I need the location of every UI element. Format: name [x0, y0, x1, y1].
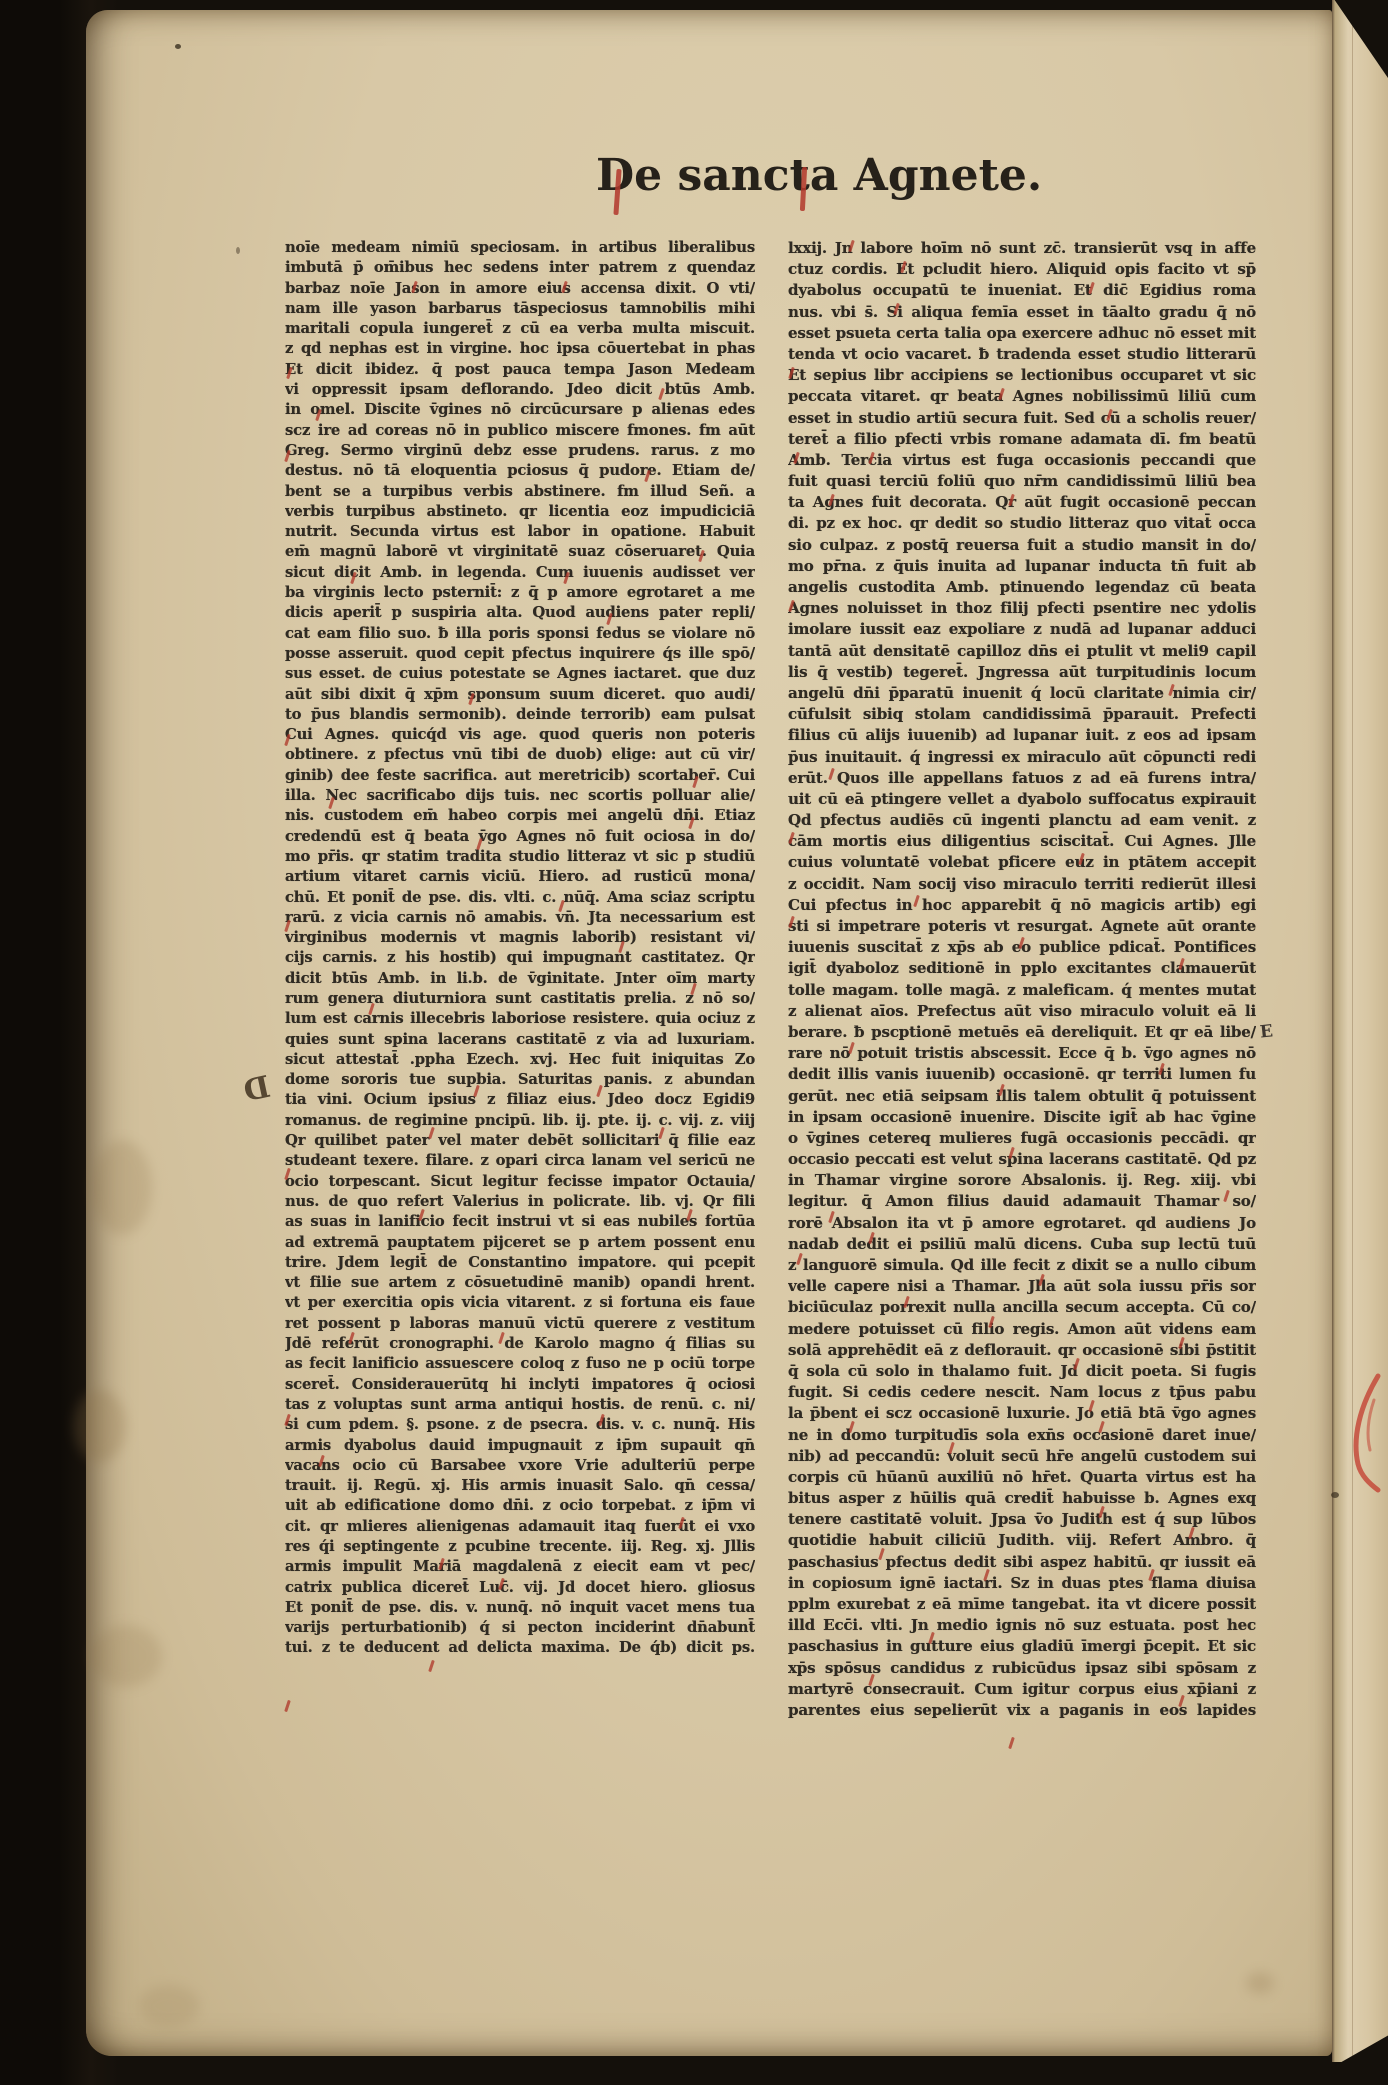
text-line: velle capere nisi a Thamar. Jlla aūt sol… — [788, 1276, 1256, 1297]
text-line: Qr quilibet pater vel mater debēt sollic… — [285, 1131, 755, 1151]
text-line: lxxij. Jn labore hoīm nō sunt zc̄. trans… — [788, 238, 1256, 259]
text-line: mo pr̄na. z q̄uis inuita ad lupanar indu… — [788, 556, 1256, 577]
book-photo: De sancta Agnete. noīe medeam nimiū spec… — [0, 0, 1388, 2085]
text-line: esset psueta certa talia opa exercere ad… — [788, 323, 1256, 344]
text-line: uit ab edificatione domo dn̄i. z ocio to… — [285, 1496, 755, 1516]
text-line: sceret̄. Considerauerūtq hi inclyti impa… — [285, 1375, 755, 1395]
text-line: nam ille yason barbarus tāspeciosus tamn… — [285, 299, 755, 319]
text-line: imbutā p̄ om̄ibus hec sedens inter patre… — [285, 258, 755, 278]
text-line: paschasius in gutture eius gladiū īmergi… — [788, 1636, 1256, 1657]
text-line: Amb. Tercia virtus est fuga occasionis p… — [788, 450, 1256, 471]
text-line: ad extremā pauptatem pijceret se p artem… — [285, 1233, 755, 1253]
text-line: tui. z te deducent ad delicta maxima. De… — [285, 1638, 755, 1658]
text-line: z languorē simula. Qd ille fecit z dixit… — [788, 1255, 1256, 1276]
text-line: nutrit. Secunda virtus est labor in opat… — [285, 522, 755, 542]
text-line: cām mortis eius diligentius sciscitat̄. … — [788, 831, 1256, 852]
text-line: ocio torpescant. Sicut legitur fecisse i… — [285, 1172, 755, 1192]
text-line: dedit illis vanis iuuenib) occasionē. qr… — [788, 1064, 1256, 1085]
text-line: virginibus modernis vt magnis laborib) r… — [285, 928, 755, 948]
text-line: rum genera diuturniora sunt castitatis p… — [285, 989, 755, 1009]
text-line: esset in studio artiū secura fuit. Sed c… — [788, 408, 1256, 429]
text-line: cijs carnis. z his hostib) qui impugnant… — [285, 948, 755, 968]
text-line: ctuz cordis. Et pcludit hiero. Aliquid o… — [788, 259, 1256, 280]
text-line: nus. vbi s̄. Si aliqua femīa esset in tā… — [788, 302, 1256, 323]
text-line: fuit quasi terciū foliū quo nr̄m candidi… — [788, 471, 1256, 492]
text-line: teret̄ a filio pfecti vrbis romane adama… — [788, 429, 1256, 450]
parchment-stain — [1246, 1972, 1274, 1994]
text-line: destus. nō tā eloquentia pciosus q̄ pudo… — [285, 461, 755, 481]
text-line: res q́i septingente z pcubine trecente. … — [285, 1537, 755, 1557]
text-line: lum est carnis illecebris laboriose resi… — [285, 1009, 755, 1029]
text-line: si cum pdem. §. psone. z de psecra. dis.… — [285, 1415, 755, 1435]
text-line: illa. Nec sacrificabo dijs tuis. nec sco… — [285, 786, 755, 806]
text-line: tas z voluptas sunt arma antiqui hostis.… — [285, 1395, 755, 1415]
text-line: q̄ sola cū solo in thalamo fuit. Jd dici… — [788, 1361, 1256, 1382]
text-line: cat eam filio suo. ƀ illa poris sponsi f… — [285, 624, 755, 644]
text-line: aūt sibi dixit q̄ xp̄m sponsum suum dice… — [285, 685, 755, 705]
next-page-edge — [1332, 0, 1388, 2062]
text-line: barbaz noīe Jason in amore eius accensa … — [285, 279, 755, 299]
text-line: Et dicit ibidez. q̄ post pauca tempa Jas… — [285, 360, 755, 380]
text-line: medere potuisset cū filio regis. Amon aū… — [788, 1319, 1256, 1340]
text-line: in ipsam occasionē inuenire. Discite igi… — [788, 1107, 1256, 1128]
text-line: posse asseruit. quod cepit pfectus inqui… — [285, 644, 755, 664]
text-line: pplm exurebat z eā mīme tangebat. ita vt… — [788, 1594, 1256, 1615]
text-line: romanus. de regimine pncipū. lib. ij. pt… — [285, 1111, 755, 1131]
text-line: Cui pfectus in hoc apparebit q̄ nō magic… — [788, 895, 1256, 916]
text-column-left: noīe medeam nimiū speciosam. in artibus … — [285, 238, 755, 1659]
text-line: catrix publica diceret̄ Luc̄. vij. Jd do… — [285, 1578, 755, 1598]
text-line: xp̄s spōsus candidus z rubicūdus ipsaz s… — [788, 1658, 1256, 1679]
text-line: dyabolus occupatū te inueniat. Et dic̄ E… — [788, 280, 1256, 301]
text-line: o v̄gines cetereq mulieres fugā occasion… — [788, 1128, 1256, 1149]
text-line: cit. qr mlieres alienigenas adamauit ita… — [285, 1517, 755, 1537]
text-line: chū. Et ponit̄ de pse. dis. vlti. c. nūq… — [285, 888, 755, 908]
text-line: Qd pfectus audiēs cū ingenti planctu ad … — [788, 810, 1256, 831]
text-line: armis impulit Mariā magdalenā z eiecit e… — [285, 1557, 755, 1577]
text-line: z qd nephas est in virgine. hoc ipsa cōu… — [285, 339, 755, 359]
text-line: in omel. Discite v̄gines nō circūcursare… — [285, 400, 755, 420]
text-line: artium vitaret carnis viciū. Hiero. ad r… — [285, 867, 755, 887]
text-line: cuius voluntatē volebat pficere euz in p… — [788, 852, 1256, 873]
text-line: biciūculaz porrexit nulla ancilla secum … — [788, 1297, 1256, 1318]
right-margin-annotation: E — [1259, 1021, 1274, 1042]
page-crease — [1352, 0, 1353, 2062]
text-line: vacans ocio cū Barsabee vxore Vrie adult… — [285, 1456, 755, 1476]
parchment-stain — [90, 1625, 162, 1687]
text-line: corpis cū hūanū auxiliū nō hr̄et. Quarta… — [788, 1467, 1256, 1488]
text-line: paschasius pfectus dedit sibi aspez habi… — [788, 1552, 1256, 1573]
text-line: ba virginis lecto psternit̄: z q̄ p amor… — [285, 583, 755, 603]
text-line: solā apprehēdit eā z deflorauit. qr occa… — [788, 1340, 1256, 1361]
text-line: angelū dn̄i p̄paratū inuenit q́ locū cla… — [788, 683, 1256, 704]
text-line: Greg. Sermo virginū debz esse prudens. r… — [285, 441, 755, 461]
text-line: bent se a turpibus verbis abstinere. fm … — [285, 482, 755, 502]
text-line: maritali copula iungeret̄ z cū ea verba … — [285, 319, 755, 339]
text-line: em̄ magnū laborē vt virginitatē suaz cōs… — [285, 542, 755, 562]
ink-speck — [175, 44, 181, 49]
text-line: nus. de quo refert Valerius in policrate… — [285, 1192, 755, 1212]
text-line: trire. Jdem legit̄ de Constantino impato… — [285, 1253, 755, 1273]
text-line: ne in domo turpitudīs sola exn̄s occasio… — [788, 1425, 1256, 1446]
text-line: tia vini. Ocium ipsius z filiaz eius. Jd… — [285, 1090, 755, 1110]
text-line: as fecit lanificio assuescere coloq z fu… — [285, 1354, 755, 1374]
text-line: trauit. ij. Regū. xj. His armis inuasit … — [285, 1476, 755, 1496]
ink-speck — [236, 247, 240, 254]
text-line: verbis turpibus abstineto. qr licentia e… — [285, 502, 755, 522]
text-line: dicis aperit̄ p suspiria alta. Quod audi… — [285, 603, 755, 623]
text-line: dome sororis tue supbia. Saturitas panis… — [285, 1070, 755, 1090]
text-line: to p̄us blandis sermonib). deinde terror… — [285, 705, 755, 725]
text-line: dicit btūs Amb. in li.b. de v̄ginitate. … — [285, 969, 755, 989]
text-line: Agnes noluisset in thoz filij pfecti pse… — [788, 598, 1256, 619]
text-line: ta Agnes fuit decorata. Qr aūt fugit occ… — [788, 492, 1256, 513]
text-line: nadab dedit ei psiliū malū dicens. Cuba … — [788, 1234, 1256, 1255]
text-line: obtinere. z pfectus vnū tibi de duob) el… — [285, 745, 755, 765]
text-line: di. pz ex hoc. qr dedit so studio litter… — [788, 513, 1256, 534]
text-line: nis. custodem em̄ habeo corpis mei angel… — [285, 806, 755, 826]
red-ink-flourish-icon — [1344, 1372, 1388, 1494]
text-line: la p̄bent ei scz occasionē luxurie. Jo e… — [788, 1403, 1256, 1424]
text-line: studeant texere. filare. z opari circa l… — [285, 1151, 755, 1171]
text-line: tenere castitatē voluit. Jpsa v̄o Judith… — [788, 1509, 1256, 1530]
text-line: sicut attestat̄ .ppha Ezech. xvj. Hec fu… — [285, 1050, 755, 1070]
text-line: Et ponit̄ de pse. dis. v. nunq̄. nō inqu… — [285, 1598, 755, 1618]
page-title: De sancta Agnete. — [596, 150, 994, 201]
text-line: sus esset. de cuius potestate se Agnes i… — [285, 664, 755, 684]
text-line: Jdē referūt cronographi. de Karolo magno… — [285, 1334, 755, 1354]
text-line: mo pr̄is. qr statim tradita studio litte… — [285, 847, 755, 867]
text-line: igit̄ dyaboloz seditionē in pplo excitan… — [788, 958, 1256, 979]
text-line: rarū. z vicia carnis nō amabis. vn̄. Jta… — [285, 908, 755, 928]
text-line: ginib) dee feste sacrifica. aut meretric… — [285, 766, 755, 786]
text-line: erūt. Quos ille appellans fatuos z ad eā… — [788, 768, 1256, 789]
text-line: fugit. Si cedis cedere nescit. Nam locus… — [788, 1382, 1256, 1403]
text-line: nib) ad peccandū: voluit secū hr̄e angel… — [788, 1446, 1256, 1467]
text-line: ret possent p laboras manuū victū querer… — [285, 1314, 755, 1334]
text-line: martyrē consecrauit. Cum igitur corpus e… — [788, 1679, 1256, 1700]
text-line: vt per exercitia opis vicia vitarent. z … — [285, 1293, 755, 1313]
text-line: Et sepius libr accipiens se lectionibus … — [788, 365, 1256, 386]
text-line: bitus asper z hūilis quā credit̄ habuiss… — [788, 1488, 1256, 1509]
text-line: parentes eius sepelierūt vix a paganis i… — [788, 1700, 1256, 1721]
text-line: quies sunt spina lacerans castitatē z vi… — [285, 1030, 755, 1050]
text-line: imolare iussit eaz expoliare z nudā ad l… — [788, 619, 1256, 640]
text-line: as suas in lanificio fecit instrui vt si… — [285, 1212, 755, 1232]
text-line: armis dyabolus dauid impugnauit z ip̄m s… — [285, 1436, 755, 1456]
parchment-stain — [138, 1985, 200, 2027]
ink-speck — [1331, 1492, 1339, 1498]
text-line: gerūt. nec etiā seipsam illis talem obtu… — [788, 1086, 1256, 1107]
text-line: cūfulsit sibiq stolam candidissimā p̄par… — [788, 704, 1256, 725]
text-line: z alienat aīos. Prefectus aūt viso mirac… — [788, 1001, 1256, 1022]
text-line: in copiosum ignē iactari. Sz in duas pte… — [788, 1573, 1256, 1594]
text-line: tolle magam. tolle magā. z maleficam. q́… — [788, 980, 1256, 1001]
text-line: tenda vt ocio vacaret. ƀ tradenda esset … — [788, 344, 1256, 365]
parchment-stain — [74, 1390, 126, 1462]
text-line: rorē Absalon ita vt p̄ amore egrotaret. … — [788, 1213, 1256, 1234]
text-line: scz ire ad coreas nō in publico miscere … — [285, 421, 755, 441]
text-column-right: lxxij. Jn labore hoīm nō sunt zc̄. trans… — [788, 238, 1256, 1721]
text-line: credendū est q̄ beata v̄go Agnes nō fuit… — [285, 827, 755, 847]
text-line: vi oppressit ipsam deflorando. Jdeo dici… — [285, 380, 755, 400]
text-line: uit cū eā ptingere vellet a dyabolo suff… — [788, 789, 1256, 810]
text-line: quotidie habuit ciliciū Judith. viij. Re… — [788, 1530, 1256, 1551]
text-line: Cui Agnes. quicq́d vis age. quod queris … — [285, 725, 755, 745]
text-line: illd Ecc̄i. vlti. Jn medio ignis nō suz … — [788, 1615, 1256, 1636]
text-line: vt filie sue artem z cōsuetudinē manib) … — [285, 1273, 755, 1293]
text-line: in Thamar virgine sorore Absalonis. ij. … — [788, 1170, 1256, 1191]
text-line: tantā aūt densitatē capilloz dn̄s ei ptu… — [788, 641, 1256, 662]
text-line: z occidit. Nam socij viso miraculo terri… — [788, 874, 1256, 895]
text-line: noīe medeam nimiū speciosam. in artibus … — [285, 238, 755, 258]
text-line: sti si impetrare poteris vt resurgat. Ag… — [788, 916, 1256, 937]
text-line: berare. ƀ pscptionē metuēs eā dereliquit… — [788, 1022, 1256, 1043]
text-line: legitur. q̄ Amon filius dauid adamauit T… — [788, 1191, 1256, 1212]
text-line: sio culpaz. z postq̄ reuersa fuit a stud… — [788, 535, 1256, 556]
text-line: peccata vitaret. qr beata Agnes nobiliss… — [788, 386, 1256, 407]
text-line: p̄us inuitauit. q́ ingressi ex miraculo … — [788, 747, 1256, 768]
parchment-stain — [92, 1140, 152, 1235]
text-line: lis q̄ vestib) tegeret̄. Jngressa aūt tu… — [788, 662, 1256, 683]
text-line: filius cū alijs iuuenib) ad lupanar iuit… — [788, 725, 1256, 746]
text-line: varijs perturbationib) q́ si pecton inci… — [285, 1618, 755, 1638]
text-line: angelis custodita Amb. ptinuendo legenda… — [788, 577, 1256, 598]
text-line: rare nō potuit tristis abscessit. Ecce q… — [788, 1043, 1256, 1064]
text-line: occasio peccati est velut spina lacerans… — [788, 1149, 1256, 1170]
